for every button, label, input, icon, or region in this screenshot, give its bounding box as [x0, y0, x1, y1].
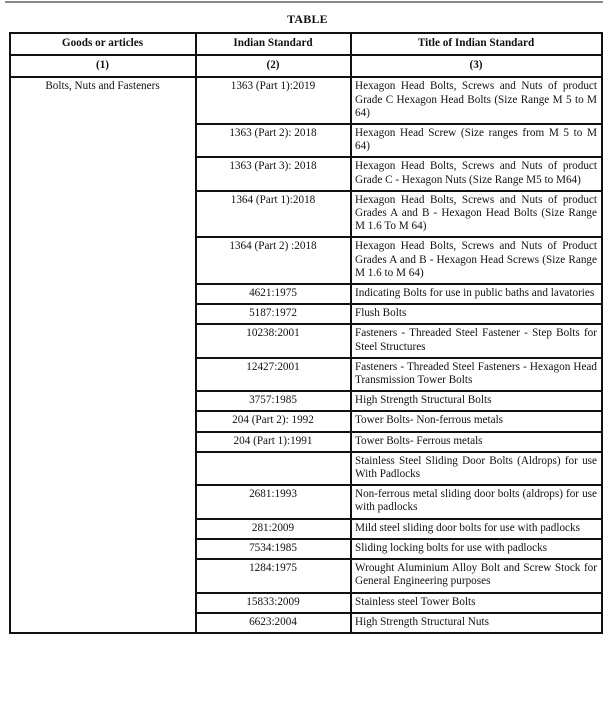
standard-title-cell: High Strength Structural Bolts [351, 391, 602, 411]
indian-standard-cell: 204 (Part 1):1991 [196, 432, 351, 452]
indian-standard-cell: 6623:2004 [196, 613, 351, 633]
indian-standard-cell: 1363 (Part 2): 2018 [196, 124, 351, 157]
indian-standard-cell: 10238:2001 [196, 324, 351, 357]
header-goods-or-articles: Goods or articles [10, 33, 196, 55]
standard-title-cell: Stainless Steel Sliding Door Bolts (Aldr… [351, 452, 602, 485]
standard-title-cell: Hexagon Head Screw (Size ranges from M 5… [351, 124, 602, 157]
indian-standard-cell [196, 452, 351, 485]
standard-title-cell: Hexagon Head Bolts, Screws and Nuts of p… [351, 77, 602, 124]
standard-title-cell: Tower Bolts- Ferrous metals [351, 432, 602, 452]
header-indian-standard: Indian Standard [196, 33, 351, 55]
column-number-row: (1) (2) (3) [10, 55, 602, 77]
standard-title-cell: Sliding locking bolts for use with padlo… [351, 539, 602, 559]
indian-standard-cell: 4621:1975 [196, 284, 351, 304]
standard-title-cell: High Strength Structural Nuts [351, 613, 602, 633]
standard-title-cell: Hexagon Head Bolts, Screws and Nuts of P… [351, 237, 602, 284]
indian-standard-cell: 1364 (Part 2) :2018 [196, 237, 351, 284]
indian-standard-cell: 1363 (Part 1):2019 [196, 77, 351, 124]
standard-title-cell: Wrought Aluminium Alloy Bolt and Screw S… [351, 559, 602, 592]
indian-standard-cell: 15833:2009 [196, 593, 351, 613]
indian-standard-cell: 3757:1985 [196, 391, 351, 411]
table-row: Bolts, Nuts and Fasteners1363 (Part 1):2… [10, 77, 602, 124]
goods-category-cell: Bolts, Nuts and Fasteners [10, 77, 196, 633]
standard-title-cell: Stainless steel Tower Bolts [351, 593, 602, 613]
column-number-3: (3) [351, 55, 602, 77]
indian-standard-cell: 204 (Part 2): 1992 [196, 411, 351, 431]
header-row: Goods or articles Indian Standard Title … [10, 33, 602, 55]
standard-title-cell: Fasteners - Threaded Steel Fasteners - H… [351, 358, 602, 391]
standard-title-cell: Mild steel sliding door bolts for use wi… [351, 519, 602, 539]
standard-title-cell: Fasteners - Threaded Steel Fastener - St… [351, 324, 602, 357]
indian-standard-cell: 2681:1993 [196, 485, 351, 518]
column-number-2: (2) [196, 55, 351, 77]
indian-standard-cell: 1364 (Part 1):2018 [196, 191, 351, 238]
indian-standard-cell: 12427:2001 [196, 358, 351, 391]
indian-standard-cell: 1363 (Part 3): 2018 [196, 157, 351, 190]
document-title: TABLE [0, 12, 615, 27]
standard-title-cell: Indicating Bolts for use in public baths… [351, 284, 602, 304]
top-rule-divider [5, 1, 603, 3]
indian-standard-cell: 1284:1975 [196, 559, 351, 592]
indian-standards-table: Goods or articles Indian Standard Title … [9, 32, 603, 634]
standard-title-cell: Flush Bolts [351, 304, 602, 324]
column-number-1: (1) [10, 55, 196, 77]
table-body: Bolts, Nuts and Fasteners1363 (Part 1):2… [10, 77, 602, 633]
indian-standard-cell: 7534:1985 [196, 539, 351, 559]
indian-standard-cell: 281:2009 [196, 519, 351, 539]
standard-title-cell: Tower Bolts- Non-ferrous metals [351, 411, 602, 431]
standard-title-cell: Hexagon Head Bolts, Screws and Nuts of p… [351, 157, 602, 190]
indian-standard-cell: 5187:1972 [196, 304, 351, 324]
standard-title-cell: Non-ferrous metal sliding door bolts (al… [351, 485, 602, 518]
header-title-of-indian-standard: Title of Indian Standard [351, 33, 602, 55]
standard-title-cell: Hexagon Head Bolts, Screws and Nuts of p… [351, 191, 602, 238]
